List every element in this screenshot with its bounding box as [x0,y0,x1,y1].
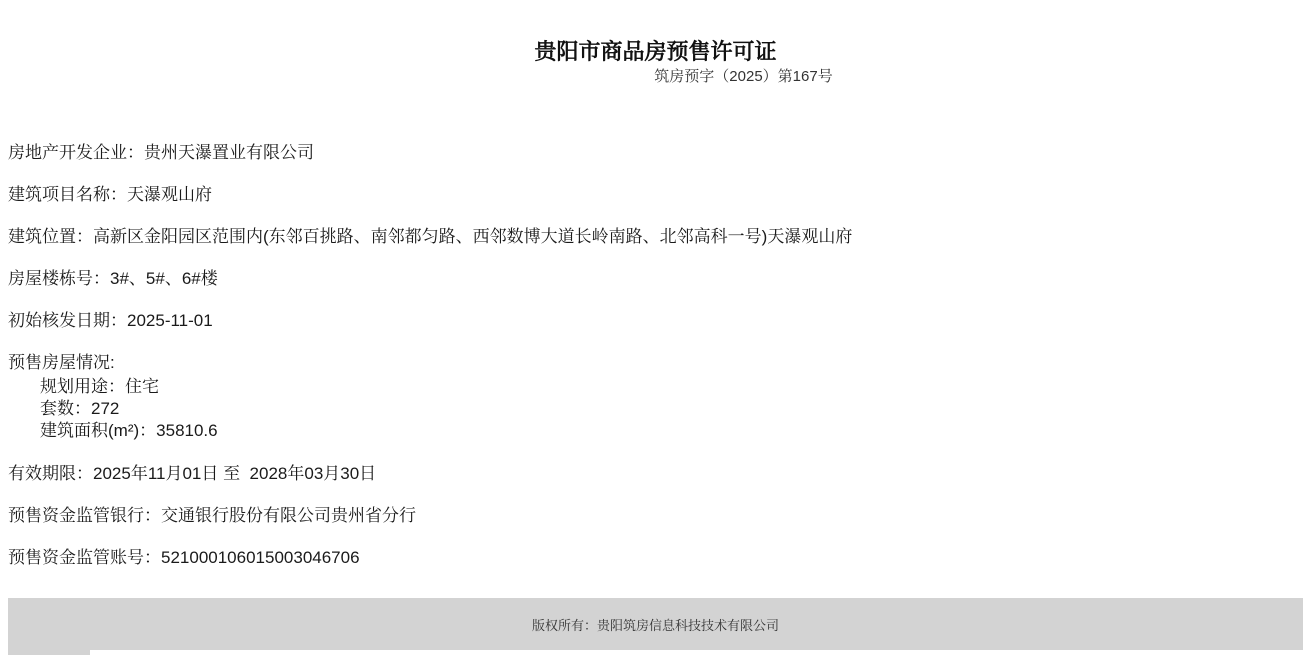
field-developer: 房地产开发企业：贵州天瀑置业有限公司 [8,143,1303,163]
field-value: 2025-11-01 [127,311,213,330]
field-label: 预售资金监管银行： [8,506,161,525]
field-issue-date: 初始核发日期：2025-11-01 [8,311,1303,331]
field-value: 272 [91,399,119,418]
page-footer: 版权所有：贵阳筑房信息科技技术有限公司 [8,598,1303,650]
field-validity-period: 有效期限：2025年11月01日 至 2028年03月30日 [8,464,1303,484]
field-label: 建筑位置： [8,227,93,246]
field-value: 521000106015003046706 [161,548,360,567]
field-label: 建筑项目名称： [8,185,127,204]
presale-info-block: 预售房屋情况: 规划用途：住宅 套数：272 建筑面积(m²)：35810.6 [8,353,1303,442]
field-label: 房屋楼栋号： [8,269,110,288]
field-supervision-account: 预售资金监管账号：521000106015003046706 [8,548,1303,568]
field-value: 交通银行股份有限公司贵州省分行 [161,506,416,525]
field-label: 规划用途： [40,377,125,396]
field-label: 初始核发日期： [8,311,127,330]
presale-heading: 预售房屋情况: [8,353,1303,373]
field-label: 建筑面积(m²)： [40,421,156,440]
field-value: 3#、5#、6#楼 [110,269,218,288]
document-body: 房地产开发企业：贵州天瀑置业有限公司 建筑项目名称：天瀑观山府 建筑位置：高新区… [8,143,1303,568]
field-value: 天瀑观山府 [127,185,212,204]
field-value: 35810.6 [156,421,217,440]
presale-item-unit-count: 套数：272 [8,398,1303,420]
license-number: 筑房预字（2025）第167号 [0,69,1311,85]
status-bubble [8,650,90,655]
field-value: 2025年11月01日 至 2028年03月30日 [93,464,376,483]
field-project-name: 建筑项目名称：天瀑观山府 [8,185,1303,205]
page-title: 贵阳市商品房预售许可证 [0,40,1311,64]
field-value: 高新区金阳园区范围内(东邻百挑路、南邻都匀路、西邻数博大道长岭南路、北邻高科一号… [93,227,852,246]
copyright-text: 版权所有：贵阳筑房信息科技技术有限公司 [532,615,779,634]
document-header: 贵阳市商品房预售许可证 筑房预字（2025）第167号 [0,0,1311,85]
field-label: 预售资金监管账号： [8,548,161,567]
field-label: 有效期限： [8,464,93,483]
field-label: 套数： [40,399,91,418]
field-value: 住宅 [125,377,159,396]
field-location: 建筑位置：高新区金阳园区范围内(东邻百挑路、南邻都匀路、西邻数博大道长岭南路、北… [8,227,1303,247]
field-supervision-bank: 预售资金监管银行：交通银行股份有限公司贵州省分行 [8,506,1303,526]
presale-item-usage: 规划用途：住宅 [8,376,1303,398]
presale-item-floor-area: 建筑面积(m²)：35810.6 [8,420,1303,442]
field-building-numbers: 房屋楼栋号：3#、5#、6#楼 [8,269,1303,289]
field-value: 贵州天瀑置业有限公司 [144,143,314,162]
field-label: 房地产开发企业： [8,143,144,162]
